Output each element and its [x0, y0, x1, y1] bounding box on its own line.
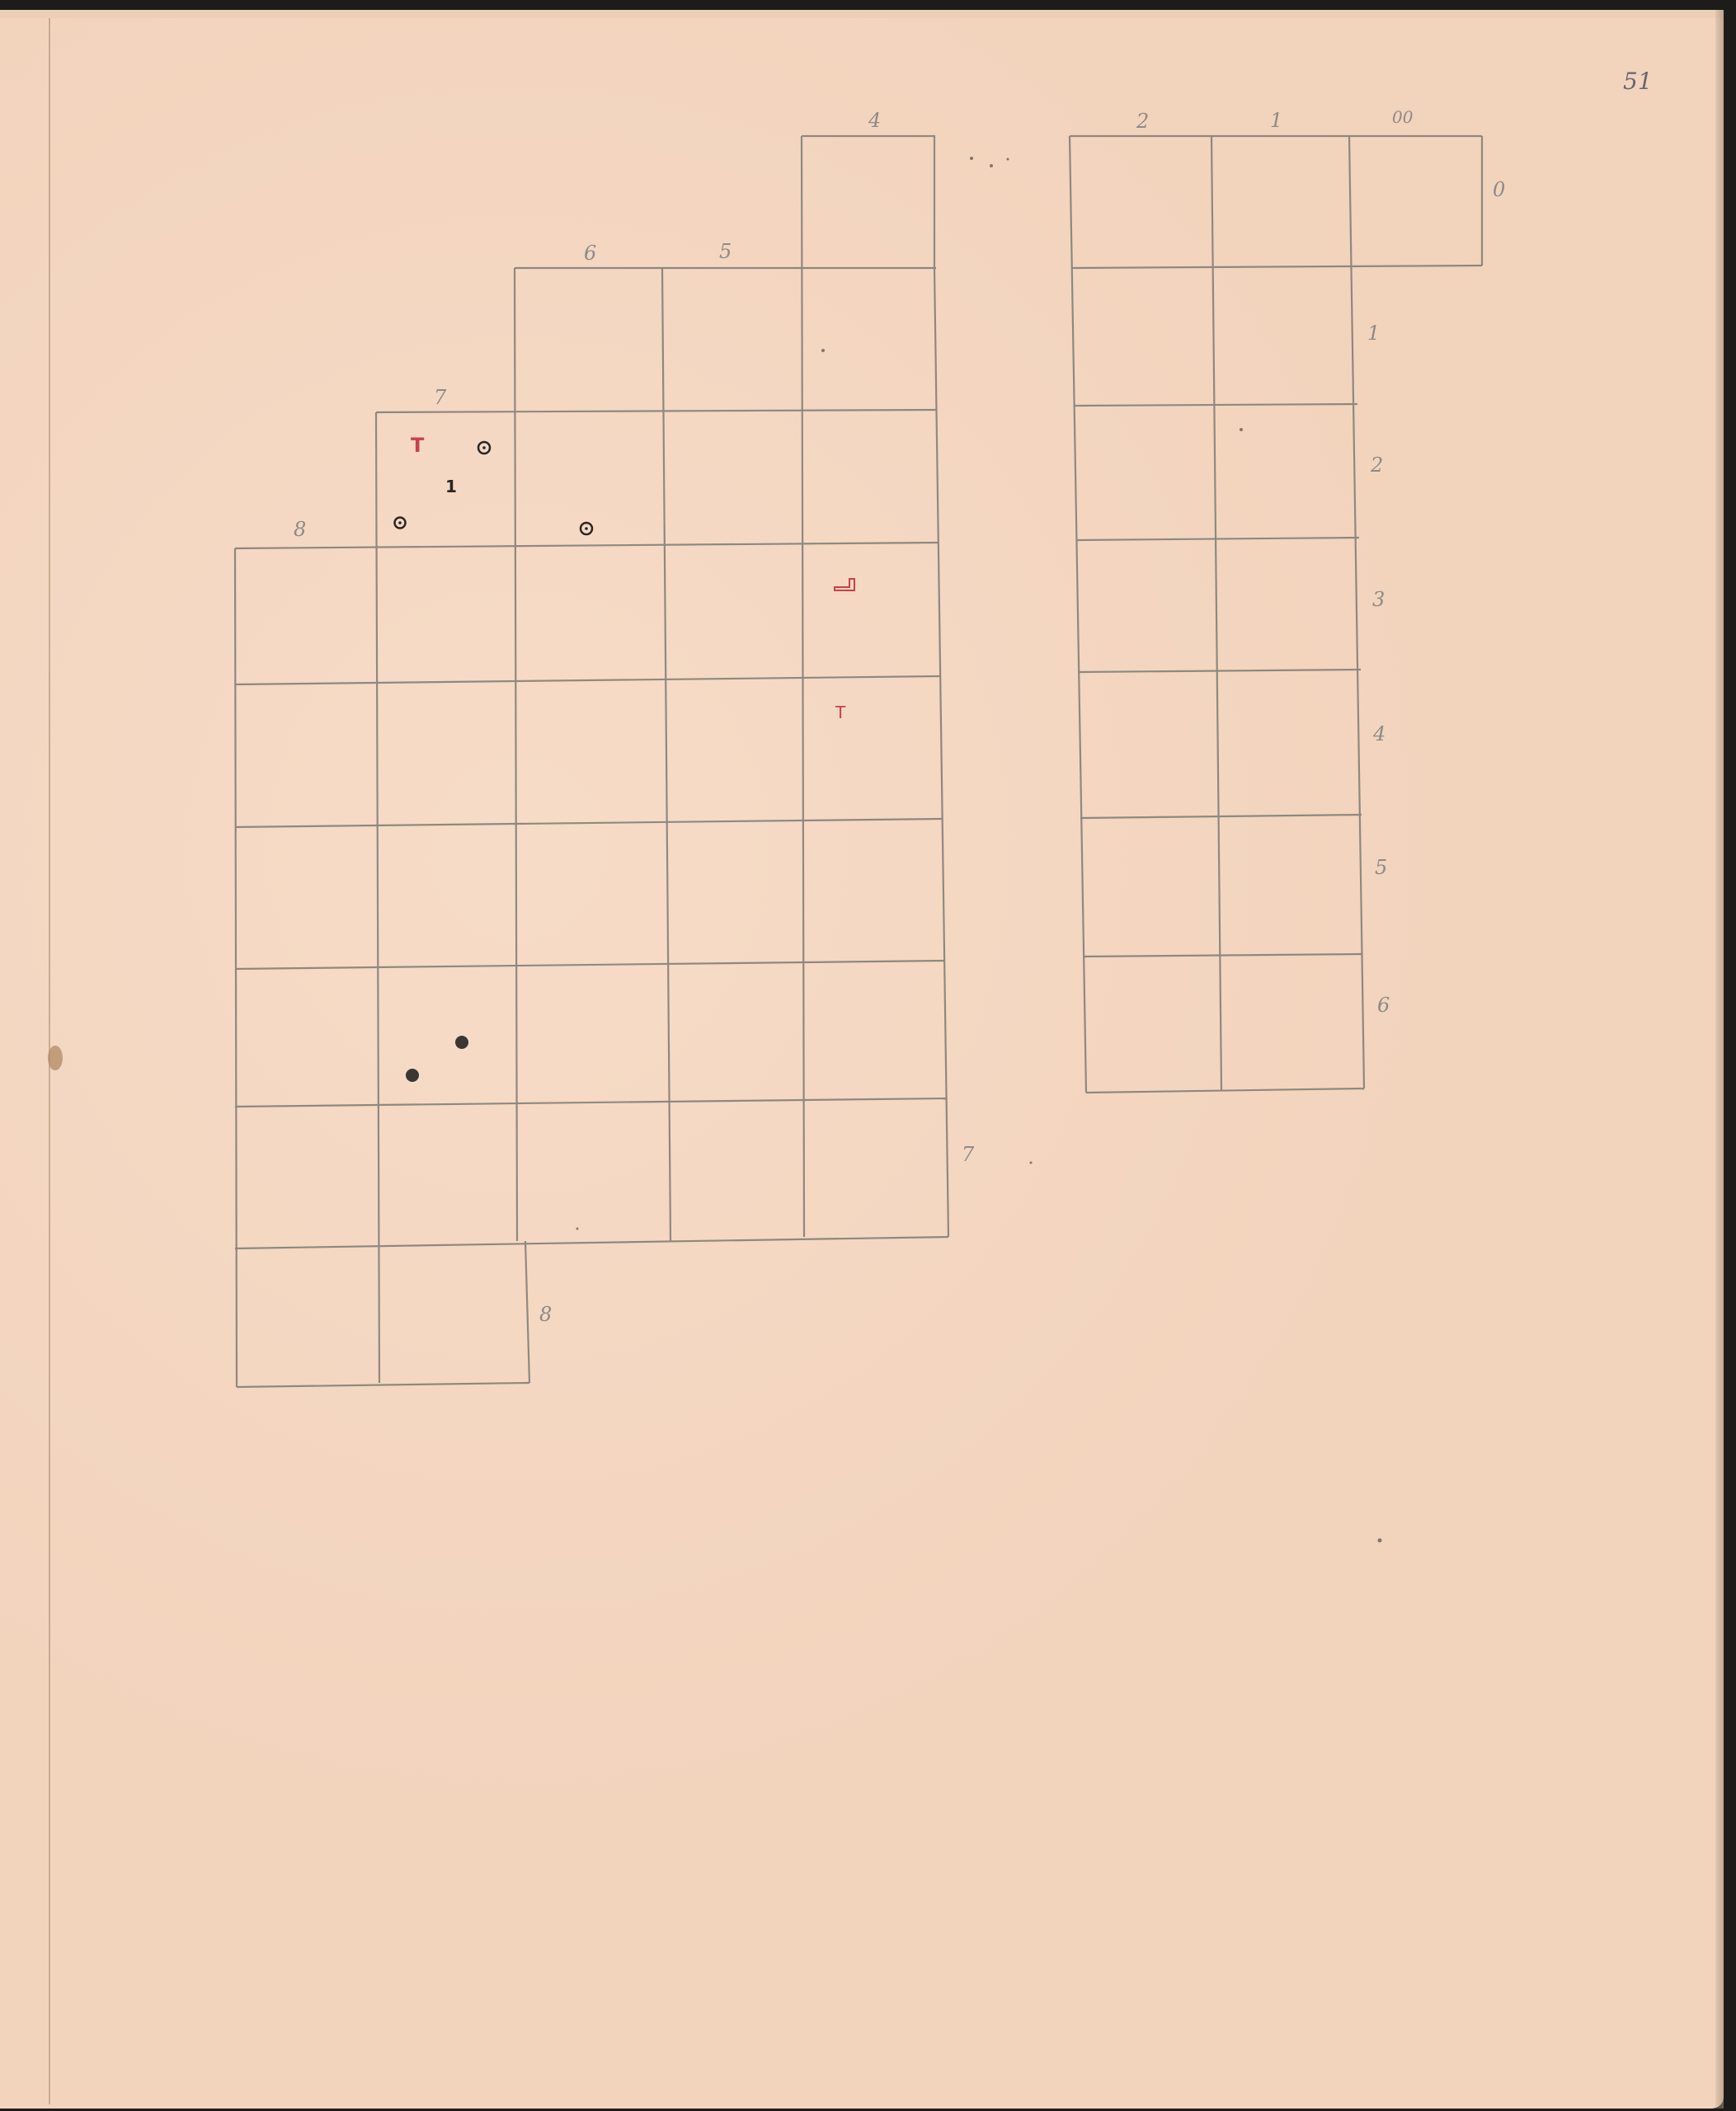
row-label-6: 6	[1377, 995, 1390, 1015]
col-label-00: 00	[1392, 109, 1413, 125]
row-label-3: 3	[1372, 590, 1385, 609]
grid-drawing	[0, 0, 1736, 2111]
col-label-8: 8	[294, 520, 306, 539]
col-label-7: 7	[434, 388, 446, 407]
row-label-7: 7	[962, 1145, 974, 1164]
red-t-mark: T	[411, 434, 424, 457]
col-label-2: 2	[1136, 111, 1149, 131]
grid-col4-top	[802, 136, 934, 268]
page-number: 51	[1623, 68, 1653, 95]
row-label-1: 1	[1367, 323, 1380, 343]
row-label-2: 2	[1371, 455, 1383, 475]
black-one-mark: 1	[445, 477, 457, 496]
row-label-8: 8	[539, 1305, 552, 1324]
col-label-6: 6	[584, 243, 596, 263]
red-block-icon	[835, 579, 854, 590]
ink-dots	[406, 1036, 468, 1082]
red-t-mark: T	[835, 703, 845, 722]
row-label-0: 0	[1493, 180, 1505, 200]
col-label-5: 5	[719, 242, 732, 261]
row-label-5: 5	[1375, 858, 1387, 877]
speckles	[576, 157, 1382, 1543]
col-label-1: 1	[1270, 110, 1282, 130]
col-label-4: 4	[868, 110, 881, 130]
row-label-4: 4	[1373, 724, 1386, 744]
circle-dot-icons	[395, 442, 593, 534]
